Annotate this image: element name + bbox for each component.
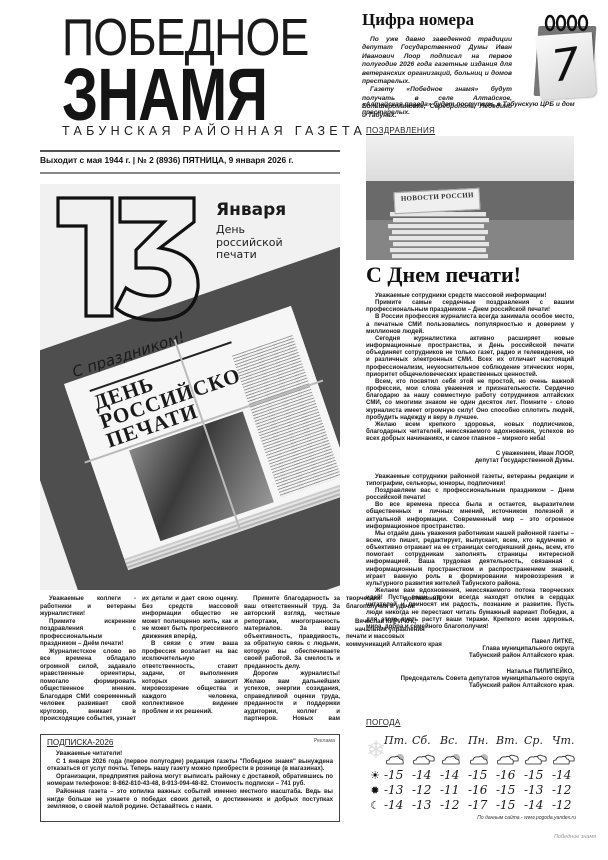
flag-newspapers-photo: НОВОСТИ РОССИИ (366, 136, 574, 260)
weather-day: Пт. (384, 734, 412, 747)
cloud-sun-icon (468, 752, 496, 764)
weather-source: По данным сайта - www.pogoda.yandex.ru (477, 815, 576, 821)
paragraph: Уважаемые сотрудники районной газеты, ве… (366, 473, 574, 487)
paragraph: Сегодня журналистика активно расширяет н… (366, 335, 574, 378)
newspaper-stack: НОВОСТИ РОССИИ (390, 190, 486, 260)
weather-day: Чт. (552, 734, 580, 747)
temperature: -12 (412, 783, 440, 797)
masthead: ПОБЕДНОЕ ЗНАМЯ ТАБУНСКАЯ РАЙОННАЯ ГАЗЕТА… (40, 0, 340, 170)
paragraph: По уже давно заведенной традиции депутат… (362, 36, 512, 86)
temperature: -13 (384, 783, 412, 797)
kirichuk-article: Уважаемые коллеги - работники и ветераны… (40, 595, 340, 727)
cloud-sun-icon (384, 752, 412, 764)
temperature: -11 (440, 783, 468, 797)
temperature: -15 (496, 783, 524, 797)
weather-row-morning: ☀ -15 -14 -14 -15 -16 -15 -14 (366, 768, 580, 782)
weather-day: Пн. (468, 734, 496, 747)
article-title: С Днем печати! (366, 262, 521, 288)
weather-day: Ср. (524, 734, 552, 747)
ad-label: Реклама (314, 738, 335, 744)
divider (40, 172, 340, 174)
weather-row-night: ☾ -14 -13 -12 -17 -15 -14 -12 (366, 798, 580, 812)
clouds-icon (552, 752, 580, 764)
temperature: -12 (440, 798, 468, 812)
paragraph: В связи с этим ваша профессия возлагает … (142, 640, 238, 715)
paragraph: Организации, предприятия района могут вы… (47, 773, 333, 788)
sunrise-icon: ☀ (366, 769, 384, 782)
signature-pilipeiko: Наталья ПИЛИПЕЙКО, Председатель Совета д… (366, 668, 574, 689)
sun-icon: ✹ (366, 784, 384, 797)
weather-row-day: ✹ -13 -12 -11 -16 -15 -13 -12 (366, 783, 580, 797)
calendar-rings-icon (542, 14, 592, 32)
weather-widget: ❄ Пт. Сб. Вс. Пн. Вт. Ср. Чт. ☀ -15 -14 … (366, 732, 576, 824)
paragraph: Всем, кто посвятил себя этой не простой,… (366, 378, 574, 421)
paragraph: Желаю всем крепкого здоровья, новых подп… (366, 421, 574, 442)
footer-watermark: Победное знамя (554, 834, 596, 840)
hero-month: Января (216, 200, 286, 220)
section-label-congratulations: ПОЗДРАВЛЕНИЯ (366, 126, 435, 135)
paragraph: Примите самые сердечные поздравления с в… (366, 299, 574, 313)
temperature: -14 (524, 798, 552, 812)
temperature: -14 (384, 798, 412, 812)
divider (40, 150, 340, 152)
paragraph: Примите благодарность за ваш ответственн… (244, 595, 340, 670)
temperature: -15 (496, 798, 524, 812)
temperature: -16 (468, 783, 496, 797)
paragraph: Уважаемые сотрудники средств массовой ин… (366, 292, 574, 299)
paragraph: Поздравляем вас с профессиональным празд… (366, 487, 574, 501)
calendar-icon: 7 (532, 14, 600, 100)
signature-kirichuk: Вячеслав КИРИЧУК, начальник управления п… (346, 618, 442, 648)
paragraph: Мы отдаём дань уважения работникам нашей… (366, 530, 574, 587)
temperature: -13 (412, 798, 440, 812)
number-13-outline-icon (54, 192, 204, 322)
cloud-sun-icon (440, 752, 468, 764)
paragraph: Уважаемые коллеги - работники и ветераны… (40, 595, 136, 618)
press-day-illustration: Января День российской печати С праздник… (40, 184, 340, 590)
figure-of-issue-box: Цифра номера По уже давно заведенной тра… (362, 10, 598, 122)
temperature: -12 (552, 798, 580, 812)
paragraph: Примите искренние поздравления с професс… (40, 618, 136, 648)
subscription-box: ПОДПИСКА-2026 Реклама Уважаемые читатели… (40, 734, 340, 822)
temperature: -14 (440, 768, 468, 782)
weather-day: Вт. (496, 734, 524, 747)
paragraph: Во все времена пресса была и остается, в… (366, 501, 574, 530)
newspaper-masthead-text: НОВОСТИ РОССИИ (401, 191, 474, 203)
clouds-icon (524, 752, 552, 764)
weather-day: Сб. (412, 734, 440, 747)
paragraph: «Алтайская правда» будет поступать в Таб… (362, 101, 598, 118)
weather-day: Вс. (440, 734, 468, 747)
newspaper-title-line2: ЗНАМЯ (62, 60, 267, 130)
paragraph: С 1 января 2026 года (первое полугодие) … (47, 758, 333, 773)
temperature: -17 (468, 798, 496, 812)
section-label-weather: ПОГОДА (366, 718, 400, 727)
clouds-icon (412, 752, 440, 764)
temperature: -13 (524, 783, 552, 797)
temperature: -15 (468, 768, 496, 782)
temperature: -12 (552, 783, 580, 797)
moon-icon: ☾ (366, 799, 384, 812)
signature-loor: С уважением, Иван ЛООР, депутат Государс… (366, 450, 574, 464)
paragraph: В России профессия журналиста всегда зан… (366, 313, 574, 334)
paragraph: Уважаемые читатели! (47, 750, 333, 758)
temperature: -15 (384, 768, 412, 782)
temperature: -14 (552, 768, 580, 782)
temperature: -16 (496, 768, 524, 782)
paragraph: Районная газета – это копилка важных соб… (47, 788, 333, 811)
issue-info: Выходит с мая 1944 г. | № 2 (8936) ПЯТНИ… (40, 155, 293, 165)
subscription-title: ПОДПИСКА-2026 (47, 738, 333, 747)
clouds-icon (496, 752, 524, 764)
temperature: -15 (524, 768, 552, 782)
newspaper-subtitle: ТАБУНСКАЯ РАЙОННАЯ ГАЗЕТА (62, 124, 366, 138)
subscription-text: Уважаемые читатели! С 1 января 2026 года… (47, 750, 333, 811)
weather-days: Пт. Сб. Вс. Пн. Вт. Ср. Чт. (384, 734, 580, 747)
weather-conditions (384, 752, 580, 764)
temperature: -14 (412, 768, 440, 782)
hero-subtitle: День российской печати (216, 224, 283, 262)
